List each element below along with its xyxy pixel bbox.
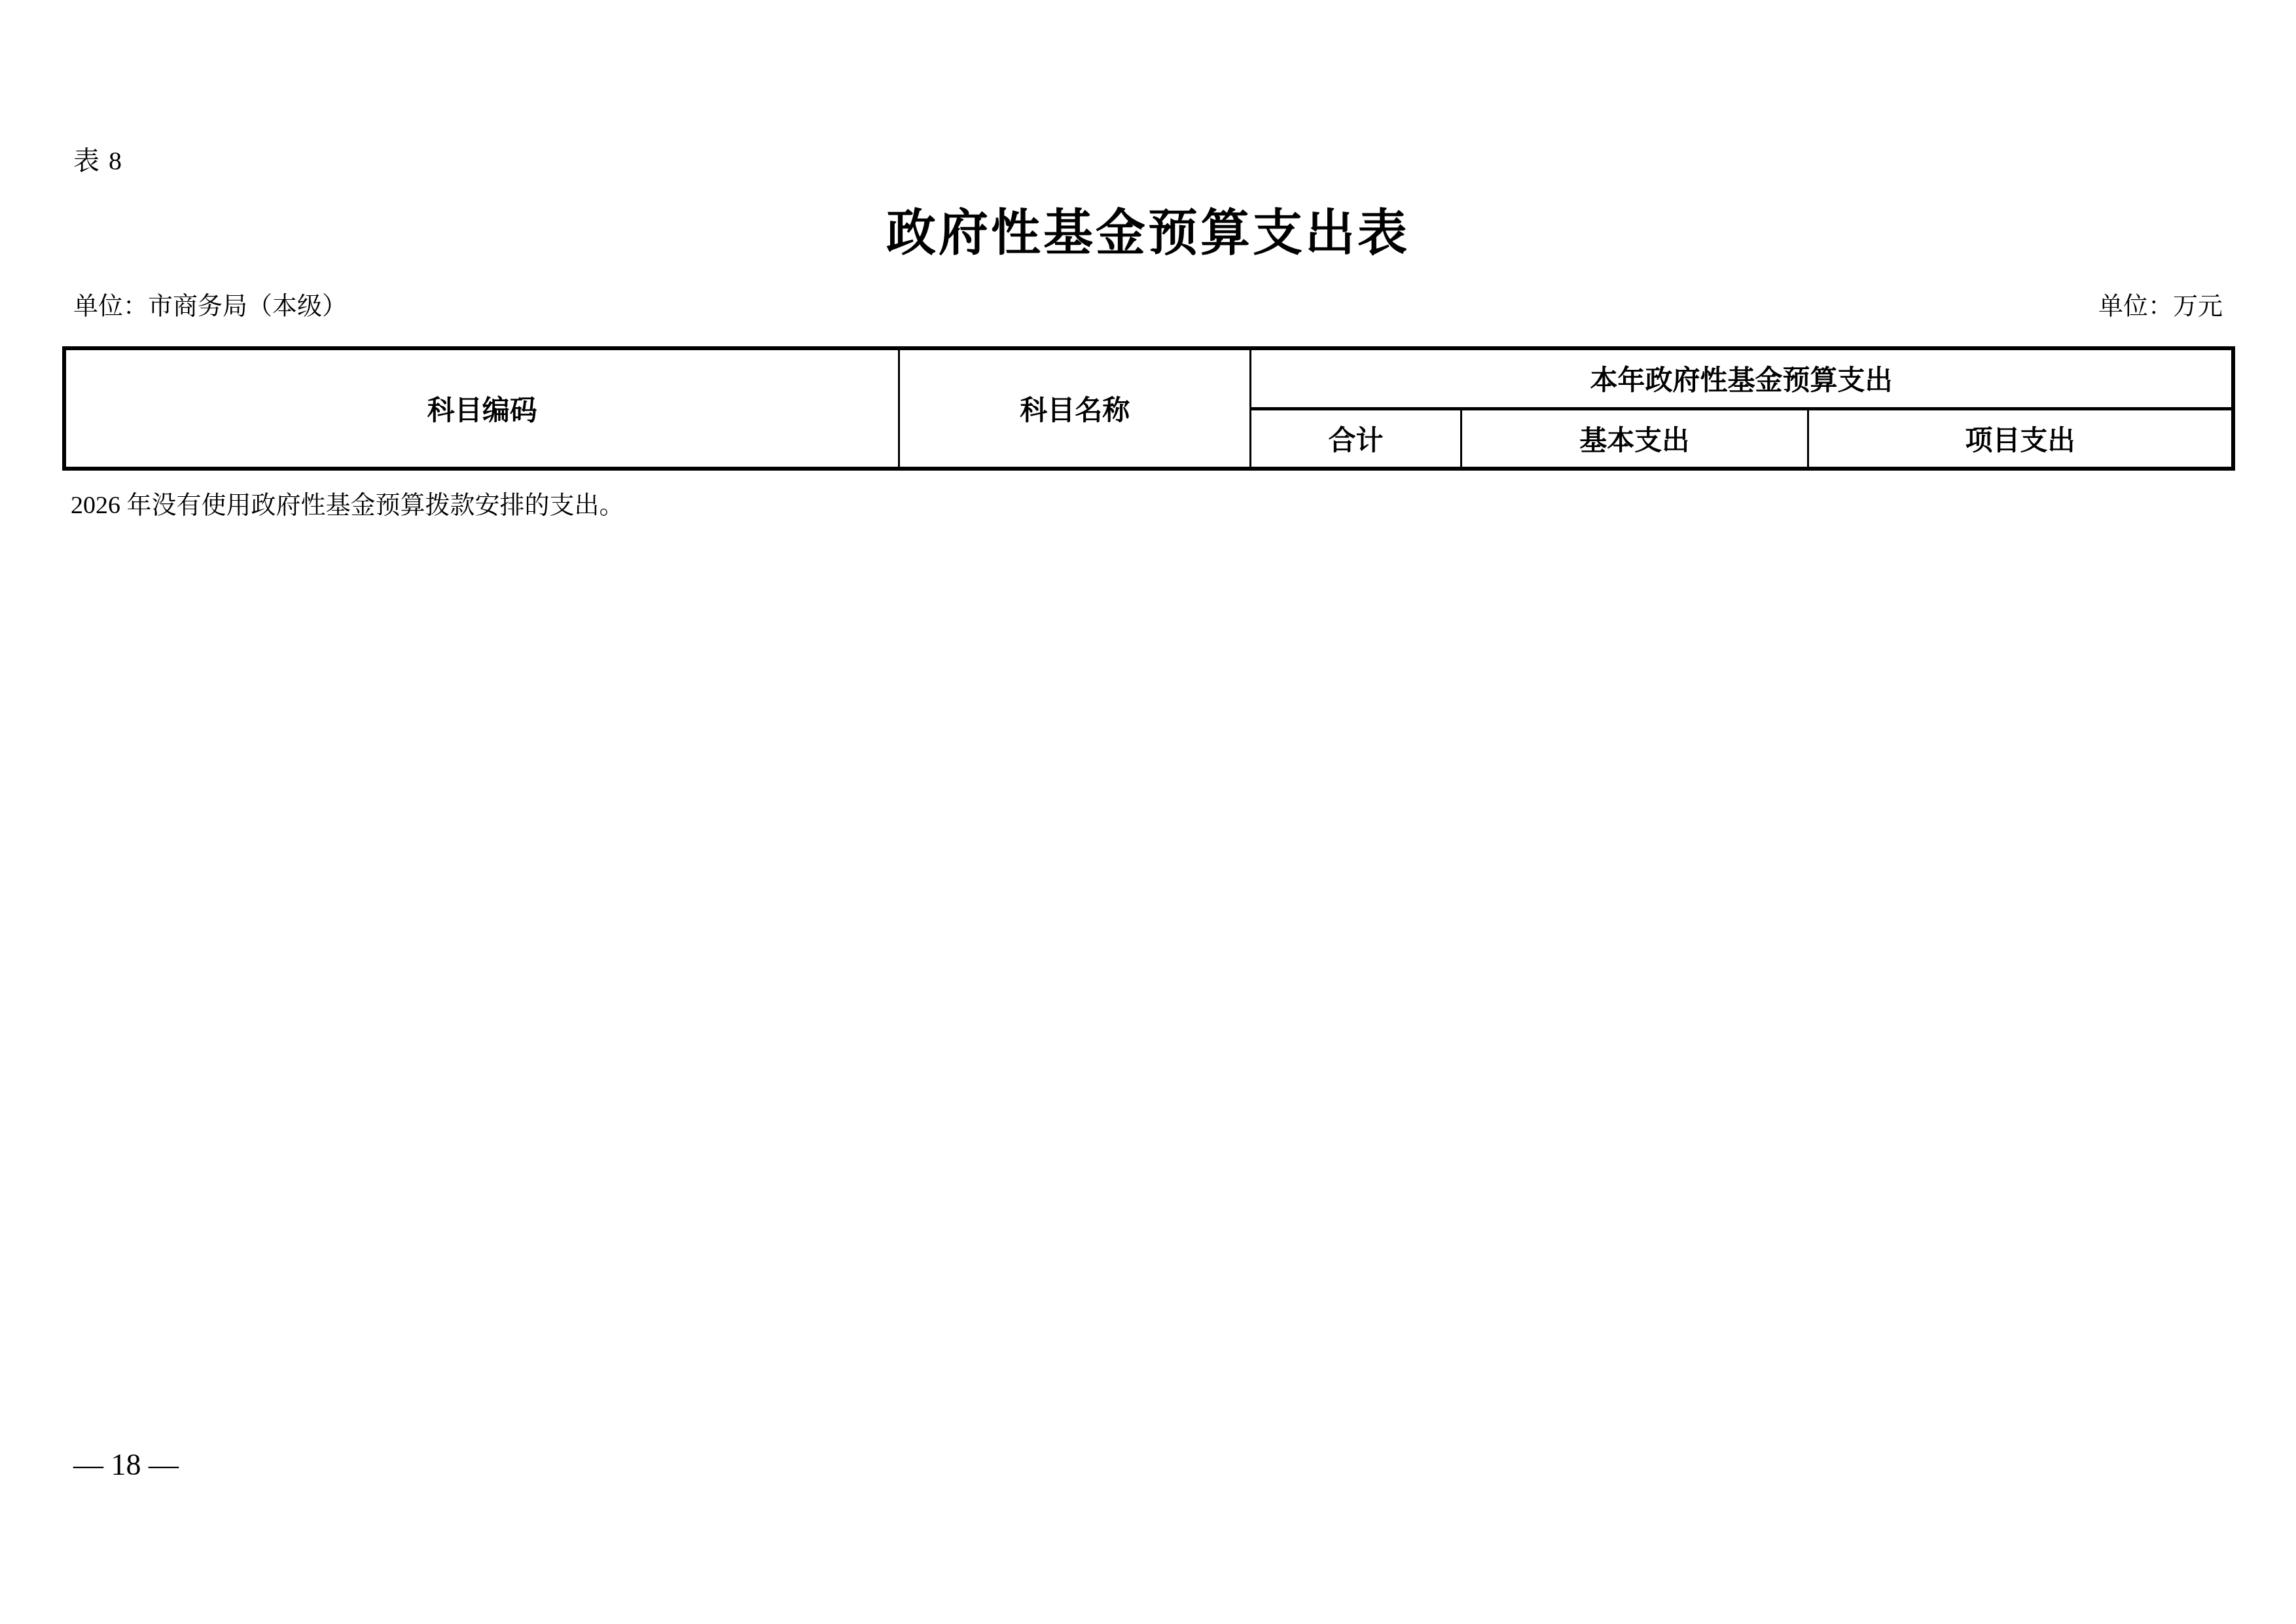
budget-table: 科目编码 科目名称 本年政府性基金预算支出 合计 基本支出 项目支出	[62, 346, 2235, 471]
note-text: 2026 年没有使用政府性基金预算拨款安排的支出。	[71, 490, 624, 522]
page-title: 政府性基金预算支出表	[0, 206, 2296, 262]
col-header-project-expenditure: 项目支出	[1808, 408, 2233, 469]
unit-row: 单位：市商务局（本级） 单位：万元	[73, 292, 2223, 322]
col-header-subject-name: 科目名称	[899, 348, 1251, 469]
document-page: 表 8 政府性基金预算支出表 单位：市商务局（本级） 单位：万元 科目编码 科目…	[0, 0, 2296, 1624]
table-label: 表 8	[73, 145, 123, 177]
page-number: — 18 —	[73, 1447, 179, 1483]
col-header-current-year-group: 本年政府性基金预算支出	[1251, 348, 2233, 408]
budget-table-header: 科目编码 科目名称 本年政府性基金预算支出 合计 基本支出 项目支出	[64, 348, 2233, 469]
col-header-basic-expenditure: 基本支出	[1461, 408, 1808, 469]
col-header-total: 合计	[1251, 408, 1461, 469]
table-header-row-1: 科目编码 科目名称 本年政府性基金预算支出	[64, 348, 2233, 408]
unit-left-label: 单位：市商务局（本级）	[73, 292, 347, 322]
unit-right-label: 单位：万元	[2098, 292, 2223, 322]
col-header-subject-code: 科目编码	[64, 348, 899, 469]
